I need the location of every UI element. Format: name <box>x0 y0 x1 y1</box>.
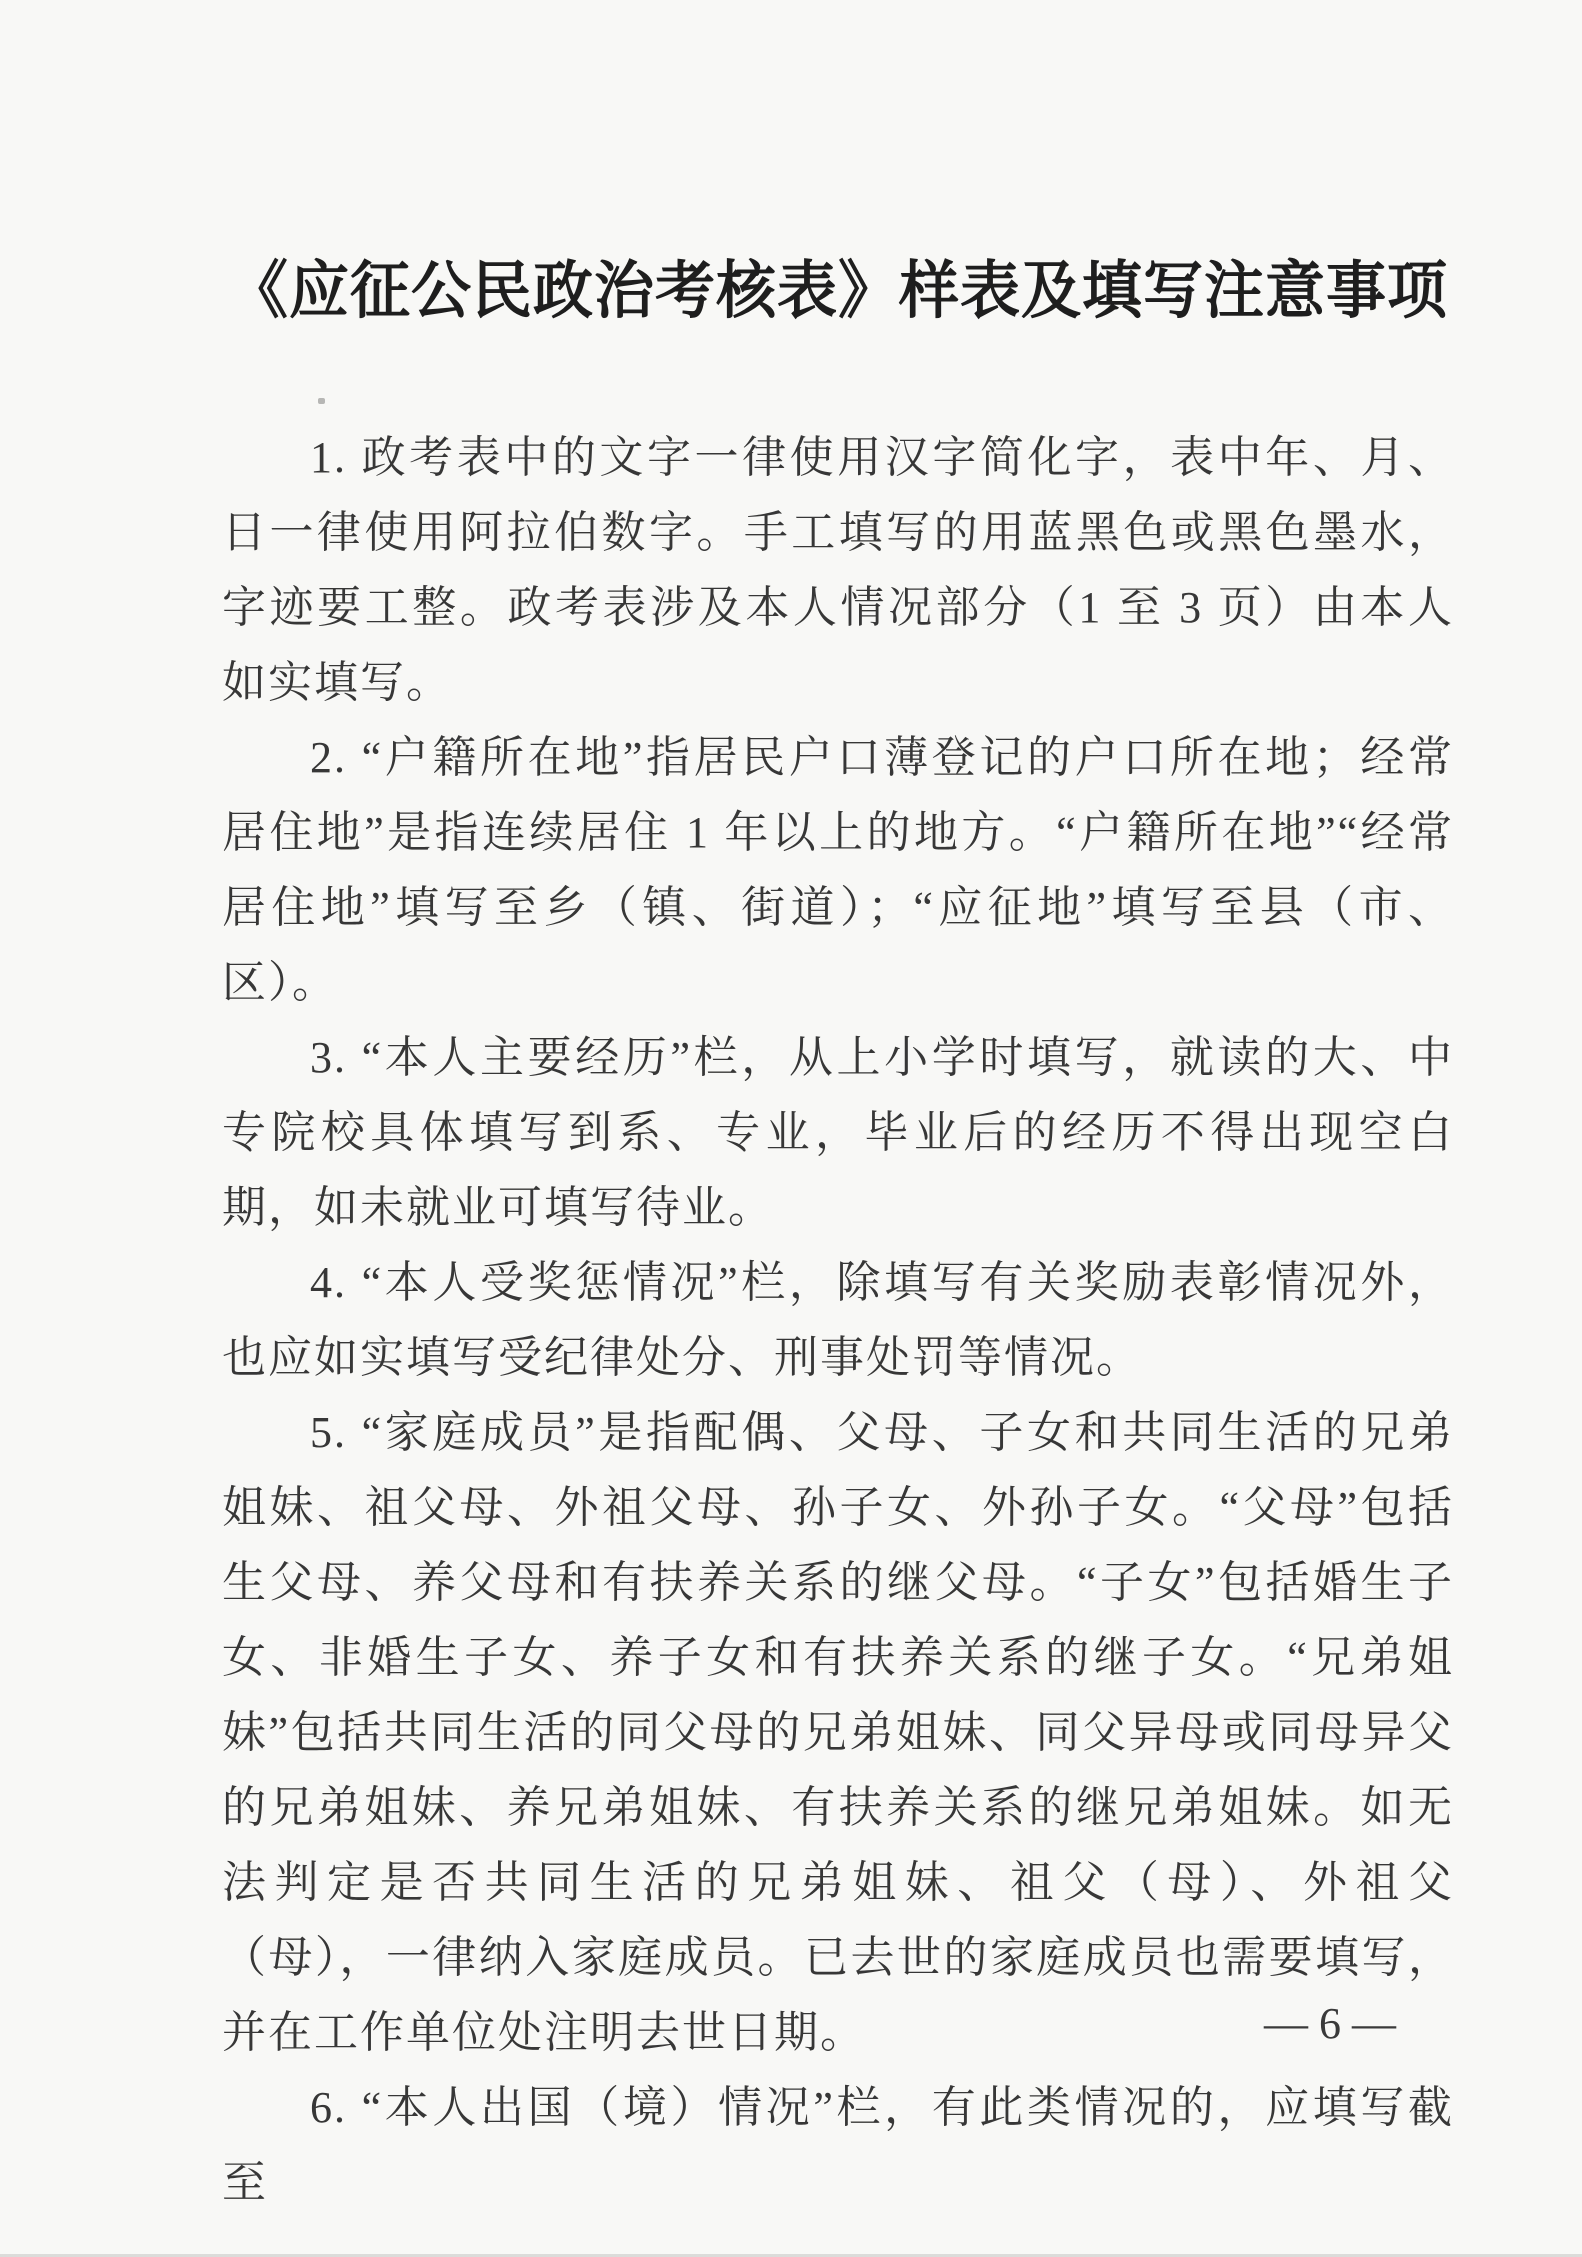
paragraph-4: 4. “本人受奖惩情况”栏，除填写有关奖励表彰情况外，也应如实填写受纪律处分、刑… <box>222 1245 1454 1395</box>
paragraph-5: 5. “家庭成员”是指配偶、父母、子女和共同生活的兄弟姐妹、祖父母、外祖父母、孙… <box>222 1395 1454 2070</box>
page-number: — 6 — <box>1230 1998 1430 2050</box>
paragraph-1: 1. 政考表中的文字一律使用汉字简化字，表中年、月、日一律使用阿拉伯数字。手工填… <box>222 420 1454 720</box>
document-body: 1. 政考表中的文字一律使用汉字简化字，表中年、月、日一律使用阿拉伯数字。手工填… <box>222 420 1454 2220</box>
paragraph-6: 6. “本人出国（境）情况”栏，有此类情况的，应填写截至 <box>222 2070 1454 2220</box>
paragraph-2: 2. “户籍所在地”指居民户口薄登记的户口所在地；经常居住地”是指连续居住 1 … <box>222 720 1454 1020</box>
paragraph-3: 3. “本人主要经历”栏，从上小学时填写，就读的大、中专院校具体填写到系、专业，… <box>222 1020 1454 1245</box>
document-title: 《应征公民政治考核表》样表及填写注意事项 <box>222 244 1454 338</box>
scanned-document-page: 《应征公民政治考核表》样表及填写注意事项 1. 政考表中的文字一律使用汉字简化字… <box>0 0 1582 2257</box>
scan-speck-artifact <box>318 398 325 404</box>
